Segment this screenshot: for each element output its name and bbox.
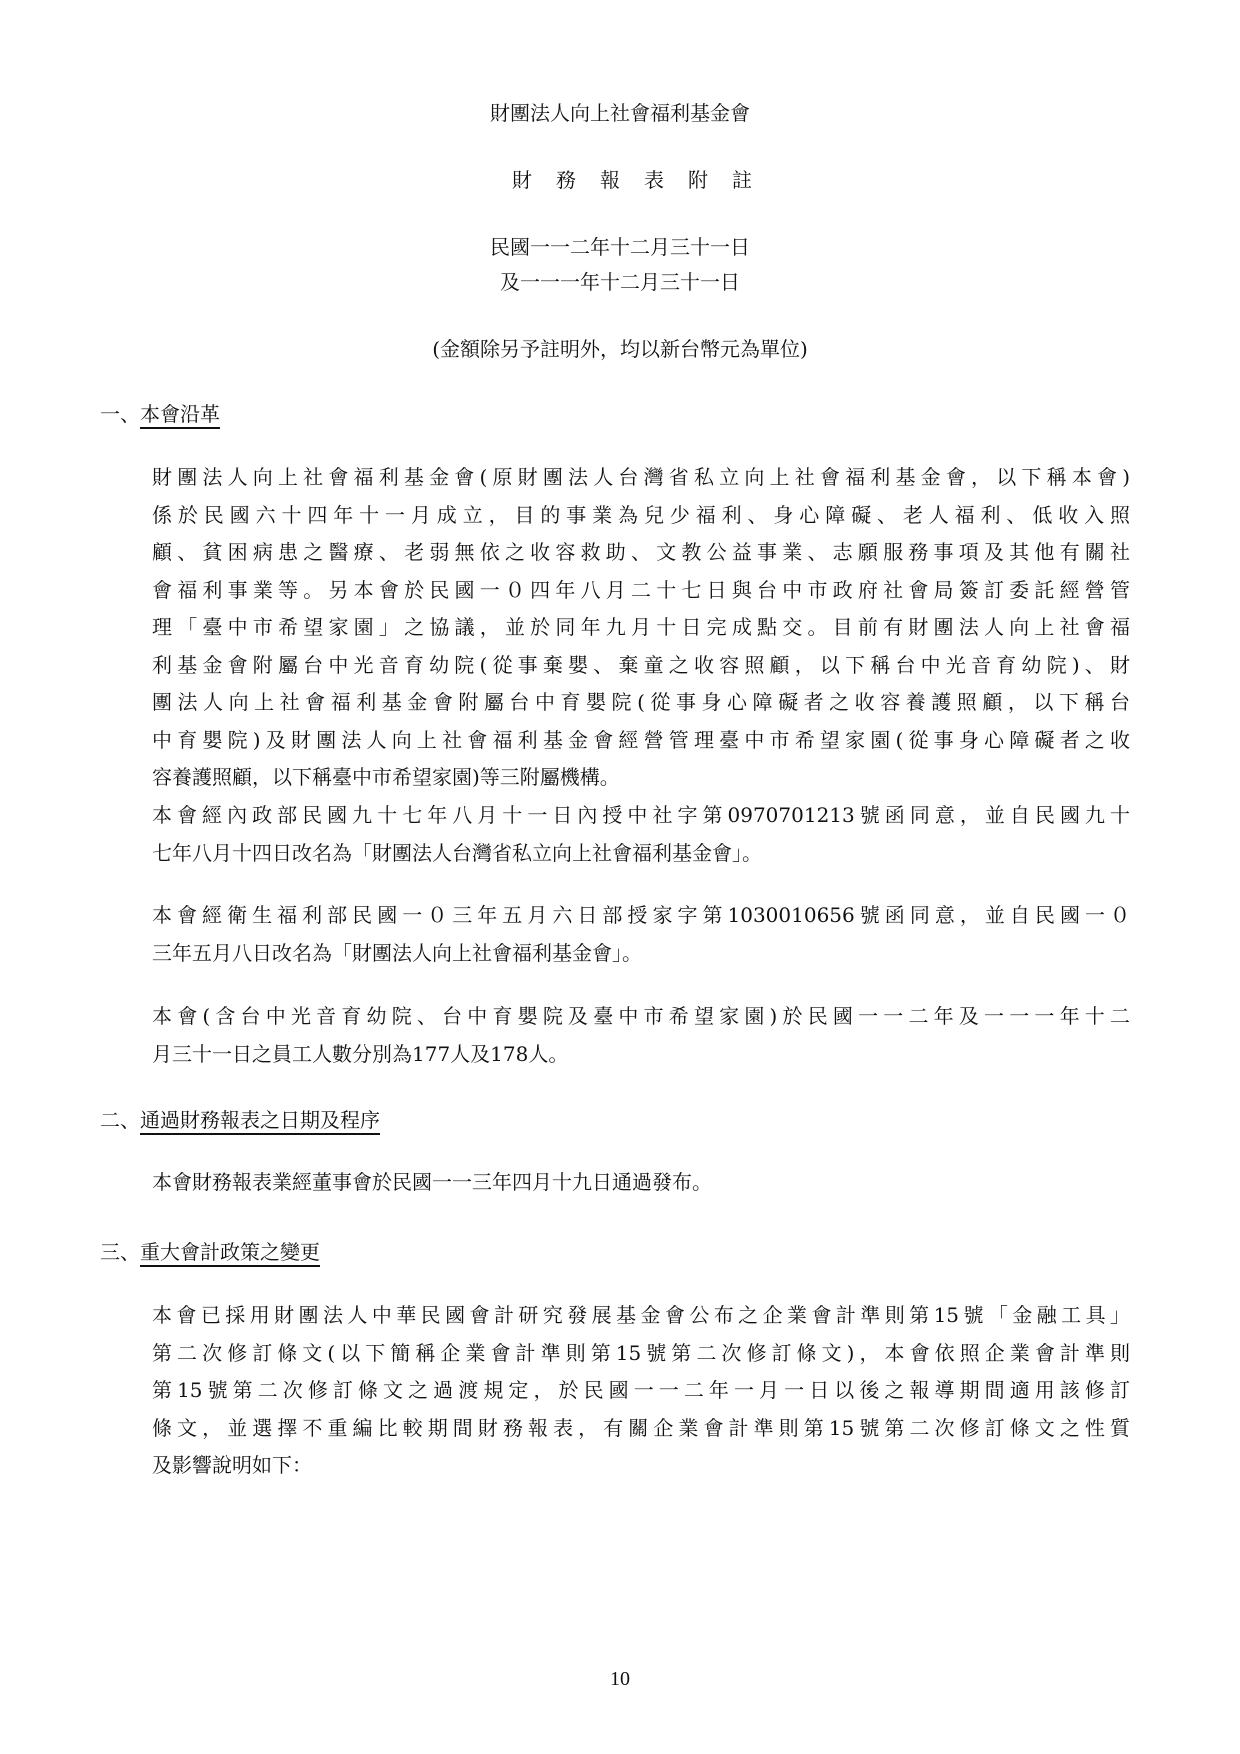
section-number: 一、 — [100, 400, 140, 428]
section-heading-approval: 二、通過財務報表之日期及程序 — [100, 1106, 380, 1134]
text-line: 月三十一日之員工人數分別為177人及178人。 — [152, 1036, 1130, 1074]
text-line: 條文，並選擇不重編比較期間財務報表，有關企業會計準則第15號第二次修訂條文之性質 — [152, 1410, 1130, 1448]
section-heading-policy-changes: 三、重大會計政策之變更 — [100, 1238, 320, 1266]
document-title: 財務報表附註 — [0, 166, 1240, 194]
paragraph-history-overview: 財團法人向上社會福利基金會(原財團法人台灣省私立向上社會福利基金會，以下稱本會)… — [152, 459, 1130, 797]
document-page: 財團法人向上社會福利基金會 財務報表附註 民國一一二年十二月三十一日 及一一一年… — [0, 0, 1240, 1754]
section-number: 二、 — [100, 1106, 140, 1134]
text-line: 會福利事業等。另本會於民國一０四年八月二十七日與台中市政府社會局簽訂委託經營管 — [152, 572, 1130, 610]
text-line: 本會(含台中光音育幼院、台中育嬰院及臺中市希望家園)於民國一一二年及一一一年十二 — [152, 998, 1130, 1036]
text-line: 第15號第二次修訂條文之過渡規定，於民國一一二年一月一日以後之報導期間適用該修訂 — [152, 1372, 1130, 1410]
paragraph-approval-date: 本會財務報表業經董事會於民國一一三年四月十九日通過發布。 — [152, 1164, 1130, 1202]
text-line: 財團法人向上社會福利基金會(原財團法人台灣省私立向上社會福利基金會，以下稱本會) — [152, 459, 1130, 497]
text-line: 理「臺中市希望家園」之協議，並於同年九月十日完成點交。目前有財團法人向上社會福 — [152, 609, 1130, 647]
report-date-line-2: 及一一一年十二月三十一日 — [0, 268, 1240, 296]
text-line: 容養護照顧，以下稱臺中市希望家園)等三附屬機構。 — [152, 759, 1130, 797]
text-line: 本會已採用財團法人中華民國會計研究發展基金會公布之企業會計準則第15號「金融工具… — [152, 1297, 1130, 1335]
section-title: 重大會計政策之變更 — [140, 1240, 320, 1264]
text-line: 係於民國六十四年十一月成立，目的事業為兒少福利、身心障礙、老人福利、低收入照 — [152, 497, 1130, 535]
text-line: 顧、貧困病患之醫療、老弱無依之收容救助、文教公益事業、志願服務事項及其他有關社 — [152, 534, 1130, 572]
section-heading-history: 一、本會沿革 — [100, 400, 220, 428]
organization-title: 財團法人向上社會福利基金會 — [0, 99, 1240, 127]
paragraph-policy-change: 本會已採用財團法人中華民國會計研究發展基金會公布之企業會計準則第15號「金融工具… — [152, 1297, 1130, 1485]
paragraph-rename-2014: 本會經衛生福利部民國一０三年五月六日部授家字第1030010656號函同意，並自… — [152, 897, 1130, 972]
paragraph-employee-count: 本會(含台中光音育幼院、台中育嬰院及臺中市希望家園)於民國一一二年及一一一年十二… — [152, 998, 1130, 1073]
text-line: 利基金會附屬台中光音育幼院(從事棄嬰、棄童之收容照顧，以下稱台中光音育幼院)、財 — [152, 647, 1130, 685]
text-line: 團法人向上社會福利基金會附屬台中育嬰院(從事身心障礙者之收容養護照顧，以下稱台 — [152, 684, 1130, 722]
section-number: 三、 — [100, 1238, 140, 1266]
text-line: 本會財務報表業經董事會於民國一一三年四月十九日通過發布。 — [152, 1164, 1130, 1202]
text-line: 七年八月十四日改名為「財團法人台灣省私立向上社會福利基金會」。 — [152, 835, 1130, 873]
paragraph-rename-2008: 本會經內政部民國九十七年八月十一日內授中社字第0970701213號函同意，並自… — [152, 797, 1130, 872]
text-line: 三年五月八日改名為「財團法人向上社會福利基金會」。 — [152, 935, 1130, 973]
text-line: 第二次修訂條文(以下簡稱企業會計準則第15號第二次修訂條文)，本會依照企業會計準… — [152, 1335, 1130, 1373]
text-line: 及影響說明如下： — [152, 1447, 1130, 1485]
text-line: 本會經內政部民國九十七年八月十一日內授中社字第0970701213號函同意，並自… — [152, 797, 1130, 835]
currency-note: (金額除另予註明外，均以新台幣元為單位) — [0, 335, 1240, 363]
text-line: 本會經衛生福利部民國一０三年五月六日部授家字第1030010656號函同意，並自… — [152, 897, 1130, 935]
report-date-line-1: 民國一一二年十二月三十一日 — [0, 233, 1240, 261]
text-line: 中育嬰院)及財團法人向上社會福利基金會經營管理臺中市希望家園(從事身心障礙者之收 — [152, 722, 1130, 760]
section-title: 通過財務報表之日期及程序 — [140, 1108, 380, 1132]
section-title: 本會沿革 — [140, 402, 220, 426]
page-number: 10 — [0, 1667, 1240, 1691]
